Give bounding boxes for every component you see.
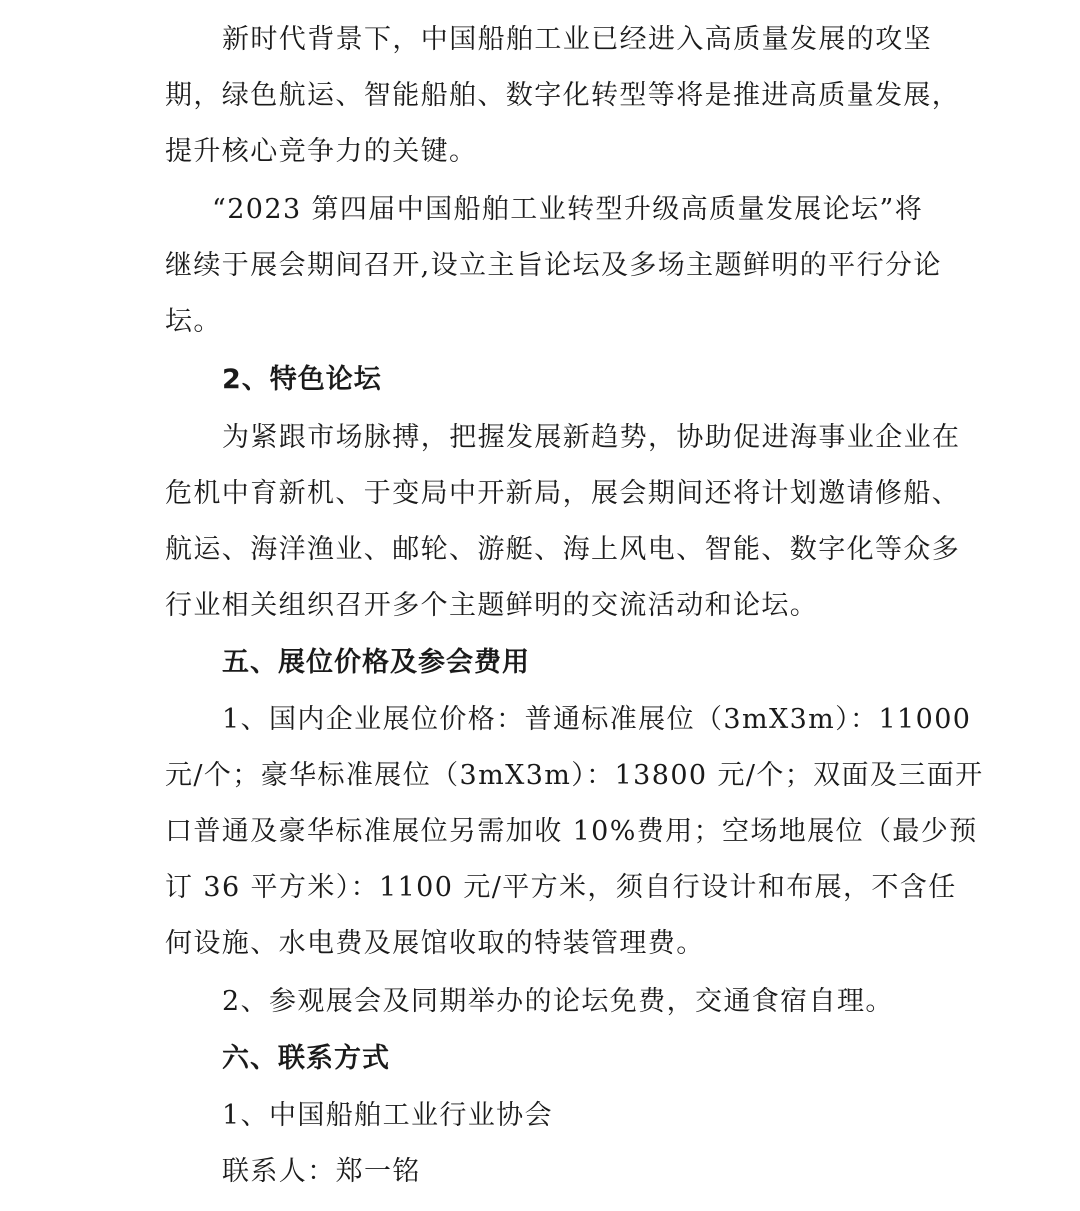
paragraph-line: 坛。: [165, 302, 222, 342]
paragraph-line: 2、参观展会及同期举办的论坛免费，交通食宿自理。: [222, 982, 894, 1022]
paragraph-line: 提升核心竞争力的关键。: [165, 132, 477, 172]
paragraph-line: 新时代背景下，中国船舶工业已经进入高质量发展的攻坚: [222, 20, 932, 60]
paragraph-line: 何设施、水电费及展馆收取的特装管理费。: [165, 924, 705, 964]
paragraph-line: 危机中育新机、于变局中开新局，展会期间还将计划邀请修船、: [165, 474, 960, 514]
paragraph-line: “2023 第四届中国船舶工业转型升级高质量发展论坛”将: [212, 190, 923, 230]
contact-person: 联系人：郑一铭: [222, 1152, 421, 1192]
section-heading: 2、特色论坛: [222, 360, 382, 400]
section-heading: 六、联系方式: [222, 1039, 390, 1079]
paragraph-line: 口普通及豪华标准展位另需加收 10%费用；空场地展位（最少预: [165, 812, 978, 852]
paragraph-line: 航运、海洋渔业、邮轮、游艇、海上风电、智能、数字化等众多: [165, 530, 960, 570]
section-heading: 五、展位价格及参会费用: [222, 643, 530, 683]
paragraph-line: 元/个；豪华标准展位（3mX3m）：13800 元/个；双面及三面开: [165, 756, 984, 796]
paragraph-line: 为紧跟市场脉搏，把握发展新趋势，协助促进海事业企业在: [222, 418, 960, 458]
paragraph-line: 行业相关组织召开多个主题鲜明的交流活动和论坛。: [165, 586, 818, 626]
paragraph-line: 1、中国船舶工业行业协会: [222, 1096, 553, 1136]
paragraph-line: 订 36 平方米）：1100 元/平方米，须自行设计和布展，不含任: [165, 868, 957, 908]
paragraph-line: 继续于展会期间召开,设立主旨论坛及多场主题鲜明的平行分论: [165, 246, 942, 286]
paragraph-line: 期，绿色航运、智能船舶、数字化转型等将是推进高质量发展，: [165, 76, 960, 116]
paragraph-line: 1、国内企业展位价格：普通标准展位（3mX3m）：11000: [222, 700, 971, 740]
